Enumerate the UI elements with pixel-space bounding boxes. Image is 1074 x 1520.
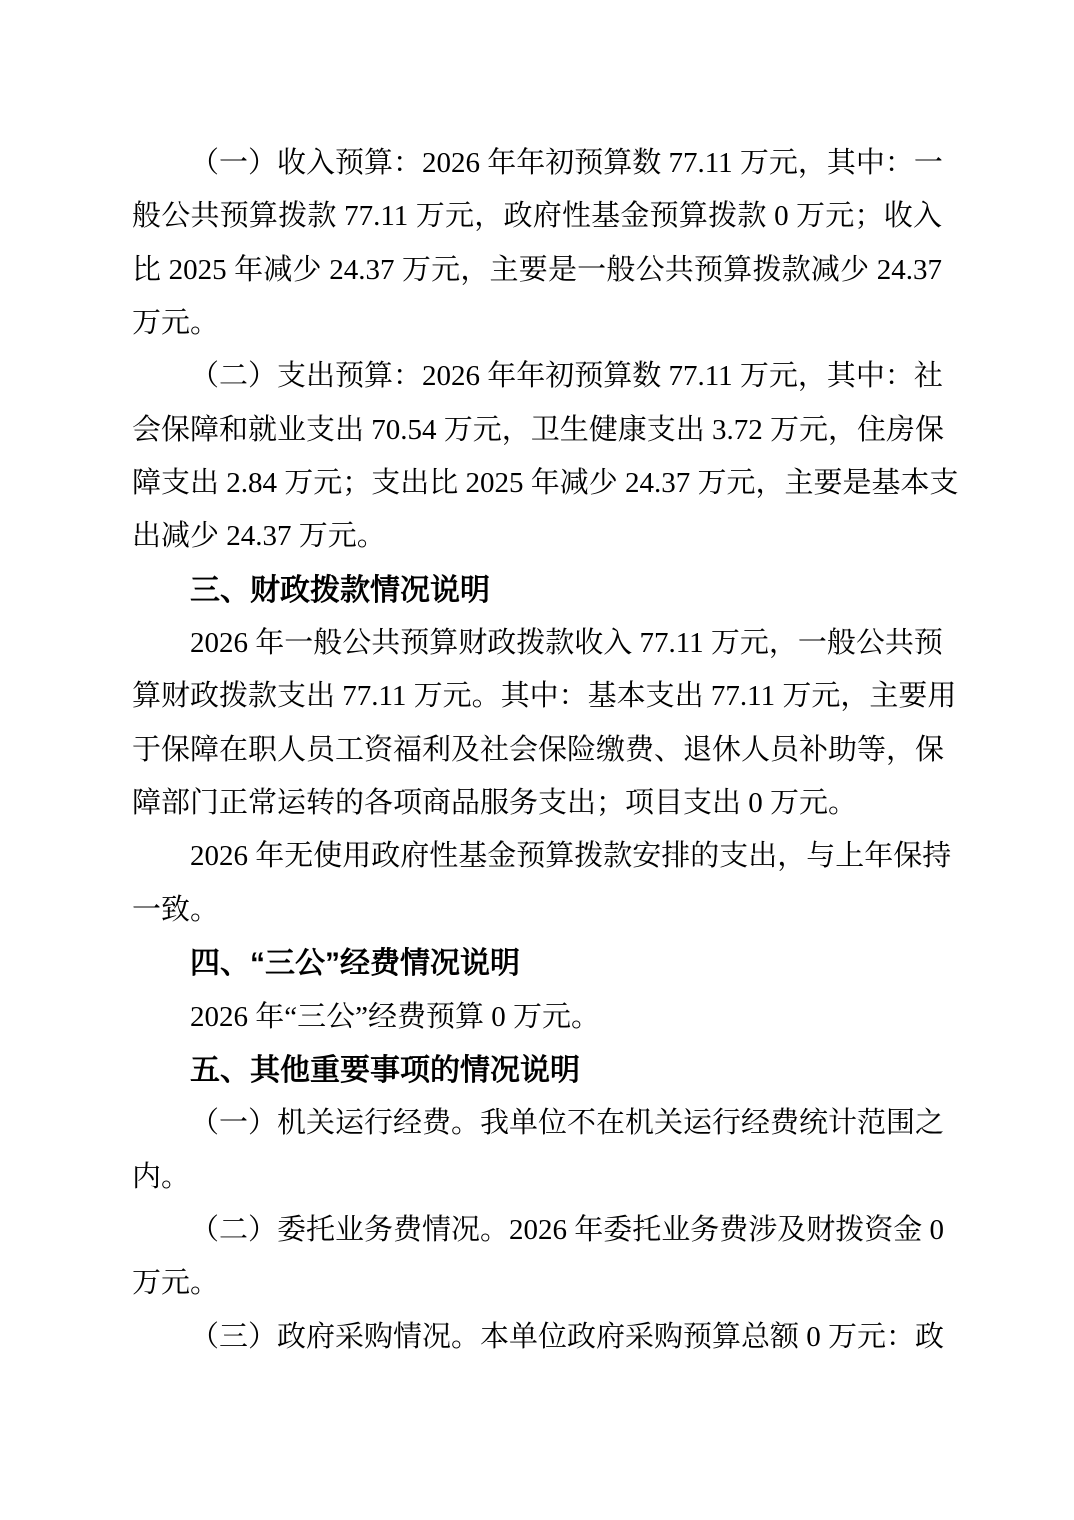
- text-line: 2026 年一般公共预算财政拨款收入 77.11 万元，一般公共预: [132, 617, 942, 670]
- text-line: 2026 年“三公”经费预算 0 万元。: [132, 991, 942, 1044]
- section-heading: 四、“三公”经费情况说明: [132, 937, 942, 990]
- section-heading: 五、其他重要事项的情况说明: [132, 1044, 942, 1097]
- text-line: 障支出 2.84 万元；支出比 2025 年减少 24.37 万元，主要是基本支: [132, 457, 942, 510]
- text-line: 比 2025 年减少 24.37 万元，主要是一般公共预算拨款减少 24.37: [132, 244, 942, 297]
- text-line: （三）政府采购情况。本单位政府采购预算总额 0 万元：政: [132, 1311, 942, 1364]
- text-line: 万元。: [132, 297, 942, 350]
- text-line: 于保障在职人员工资福利及社会保险缴费、退休人员补助等，保: [132, 724, 942, 777]
- text-line: （一）机关运行经费。我单位不在机关运行经费统计范围之: [132, 1097, 942, 1150]
- text-line: （一）收入预算：2026 年年初预算数 77.11 万元，其中：一: [132, 137, 942, 190]
- text-line: 万元。: [132, 1257, 942, 1310]
- document-page: （一）收入预算：2026 年年初预算数 77.11 万元，其中：一般公共预算拨款…: [0, 0, 1074, 1520]
- text-line: 一致。: [132, 884, 942, 937]
- text-line: 会保障和就业支出 70.54 万元，卫生健康支出 3.72 万元，住房保: [132, 404, 942, 457]
- text-line: 障部门正常运转的各项商品服务支出；项目支出 0 万元。: [132, 777, 942, 830]
- text-line: 内。: [132, 1151, 942, 1204]
- text-line: 算财政拨款支出 77.11 万元。其中：基本支出 77.11 万元，主要用: [132, 670, 942, 723]
- text-line: 2026 年无使用政府性基金预算拨款安排的支出，与上年保持: [132, 830, 942, 883]
- text-block: （一）收入预算：2026 年年初预算数 77.11 万元，其中：一般公共预算拨款…: [132, 137, 942, 1364]
- text-line: （二）委托业务费情况。2026 年委托业务费涉及财拨资金 0: [132, 1204, 942, 1257]
- text-line: （二）支出预算：2026 年年初预算数 77.11 万元，其中：社: [132, 350, 942, 403]
- section-heading: 三、财政拨款情况说明: [132, 564, 942, 617]
- text-line: 出减少 24.37 万元。: [132, 510, 942, 563]
- text-line: 般公共预算拨款 77.11 万元，政府性基金预算拨款 0 万元；收入: [132, 190, 942, 243]
